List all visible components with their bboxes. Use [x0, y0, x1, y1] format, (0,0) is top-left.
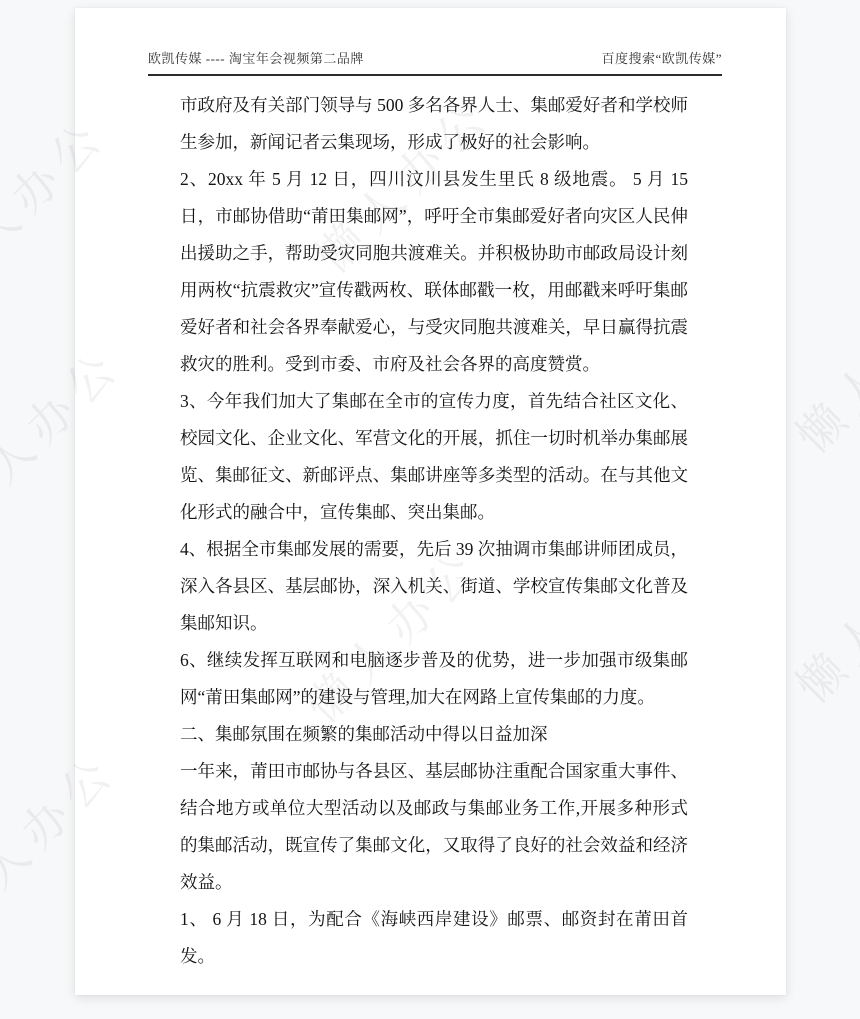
paragraph: 市政府及有关部门领导与 500 多名各界人士、集邮爱好者和学校师生参加，新闻记者…	[180, 87, 688, 161]
page-header: 欧凯传媒 ---- 淘宝年会视频第二品牌 百度搜索“欧凯传媒”	[148, 48, 722, 76]
watermark-text: 懒人办公	[779, 510, 860, 715]
paragraph: 二、集邮氛围在频繁的集邮活动中得以日益加深	[180, 716, 688, 753]
document-viewport: 懒人办公懒人办公懒人办公懒人办公懒人办公懒人办公懒人办公 欧凯传媒 ---- 淘…	[0, 0, 860, 1019]
header-left-brand: 欧凯传媒 ---- 淘宝年会视频第二品牌	[148, 48, 364, 67]
document-body: 市政府及有关部门领导与 500 多名各界人士、集邮爱好者和学校师生参加，新闻记者…	[180, 87, 688, 975]
watermark-text: 懒人办公	[779, 260, 860, 465]
page-content: 欧凯传媒 ---- 淘宝年会视频第二品牌 百度搜索“欧凯传媒” 市政府及有关部门…	[75, 8, 786, 995]
paragraph: 4、根据全市集邮发展的需要，先后 39 次抽调市集邮讲师团成员，深入各县区、基层…	[180, 531, 688, 642]
paragraph: 2、20xx 年 5 月 12 日，四川汶川县发生里氏 8 级地震。 5 月 1…	[180, 161, 688, 383]
paragraph: 1、 6 月 18 日，为配合《海峡西岸建设》邮票、邮资封在莆田首发。	[180, 901, 688, 975]
paragraph: 6、继续发挥互联网和电脑逐步普及的优势，进一步加强市级集邮网“莆田集邮网”的建设…	[180, 642, 688, 716]
paragraph: 3、今年我们加大了集邮在全市的宣传力度，首先结合社区文化、校园文化、企业文化、军…	[180, 383, 688, 531]
header-right-search-hint: 百度搜索“欧凯传媒”	[601, 48, 722, 67]
paragraph: 一年来，莆田市邮协与各县区、基层邮协注重配合国家重大事件、结合地方或单位大型活动…	[180, 753, 688, 901]
